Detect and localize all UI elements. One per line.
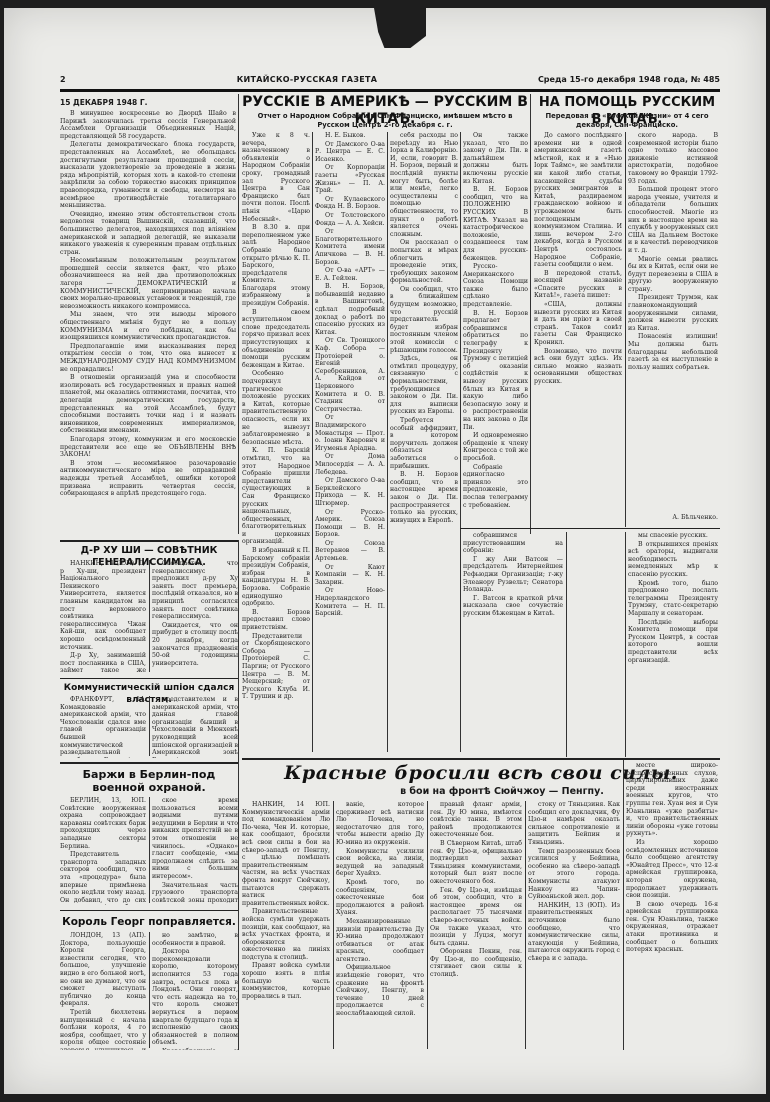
article-paragraph: От Русско-Америк. Союза Помощи — В. Н. Б… [315, 509, 385, 539]
article-paragraph: Возможно, что почти всѣ они будут здѣсь.… [534, 348, 622, 386]
article-paragraph: Н. Е. Быков. [315, 132, 385, 140]
article-paragraph: Президент Трумэн, как главнокомандующий … [628, 294, 718, 332]
subheadline-reds: в бои на фронтѣ Сюйчжоу — Пенгпу. [342, 786, 662, 797]
editorial-paragraph: Очевидно, именно этим обстоятельством ст… [60, 211, 236, 257]
page-number: 2 [60, 75, 84, 84]
torn-edge [374, 8, 426, 48]
newspaper-page: 2 КИТАЙСКО-РУССКАЯ ГАЗЕТА Среда 15-го де… [60, 70, 720, 1060]
editorial-dateline: 15 ДЕКАБРЯ 1948 Г. [60, 98, 236, 107]
article-paragraph: Понасенія излишни! Мы должны быть благод… [628, 333, 718, 371]
article-paragraph: В Сѣверном Китаѣ, штаб ген. Фу Цзо-и, оф… [430, 840, 522, 886]
article-paragraph: Требуется особый аффидэвит, в котором по… [390, 417, 458, 470]
article-paragraph: От Благотворительного Комитета имени Апи… [315, 228, 385, 266]
editorial-paragraph: Делегаты демократическаго блока государс… [60, 141, 236, 209]
article-paragraph: От Кулаевского Фонда Н. В. Борзов. [315, 196, 385, 211]
article-paragraph: ФРАНКФУРТ, 14. Командованіе американской… [60, 696, 146, 758]
column-divider [387, 132, 388, 752]
article-paragraph: Уже к 8 ч. вечера, назначенному в объявл… [242, 132, 310, 223]
article-paragraph: Послѣдніе выборы Комитета помощи при Рус… [628, 619, 718, 665]
article-paragraph: В передовой статьѣ, носящей названіе «Сп… [534, 270, 622, 300]
article-column: месте широко-распространенных слухов, ци… [626, 762, 718, 1050]
article-paragraph: Представитель транспорта западных сектор… [60, 851, 146, 905]
article-paragraph: ского народа. В современной исторіи было… [628, 132, 718, 185]
column-divider [623, 760, 624, 1050]
article-column: НАНКИН, 14 (ЮП). Д-р Ху-ши, президент На… [60, 560, 146, 675]
article-paragraph: Официальное извѣщеніе говорит, что сраже… [336, 964, 424, 1017]
article-paragraph: но замѣтно, в особенности в правой. [152, 932, 238, 947]
article-paragraph: От Дамского О-ва Р. Центра — Е. С. Исаен… [315, 141, 385, 164]
article-column: ЛОНДОН, 13 (АП). Доктора, пользующіе Кор… [60, 932, 146, 1050]
article-paragraph: Он сообщил, что в ближайшем будущем возм… [390, 286, 458, 354]
column-divider [427, 801, 428, 1049]
column-divider [149, 797, 150, 903]
article-paragraph: ЛОНДОН, 13 (АП). Доктора, пользующіе Кор… [60, 932, 146, 1008]
article-paragraph: От Св. Троицкого Каф. Собора — Протоіере… [315, 337, 385, 413]
editorial-paragraph: В отношеніи организацій ума и способност… [60, 374, 236, 435]
article-column: Уже к 8 ч. вечера, назначенному в объявл… [242, 132, 310, 762]
article-paragraph: Доктора порекомендовали королю, которому… [152, 948, 238, 1047]
article-column: До самого послѣдняго времени ни в одной … [534, 132, 622, 522]
article-paragraph: Он также указал, что по закону о Ди. Пи.… [463, 132, 528, 185]
article-paragraph: В. Н. Борзов сообщил, что на ПОЛОЖЕНІЮ Р… [463, 186, 528, 262]
article-paragraph: От Корпорацiи газеты «Русская Жизнь» — П… [315, 164, 385, 194]
article-paragraph: Г. Ватсон в краткой рѣчи высказала свое … [463, 595, 563, 618]
article-column: ФРАНКФУРТ, 14. Командованіе американской… [60, 696, 146, 758]
editorial-body: В минувшее воскресенье во Дворцѣ Шайо в … [60, 110, 236, 540]
article-paragraph: представителем и в американской арміи, ч… [152, 696, 238, 758]
section-rule [242, 758, 720, 760]
article-paragraph: В открывшихся преніях всѣ ораторы, выдви… [628, 541, 718, 579]
section-rule [60, 762, 238, 764]
article-paragraph: От Дамского О-ва Берклейского Прихода — … [315, 477, 385, 507]
article-paragraph: Кровообращеніе у короля продолжает улучш… [152, 1048, 238, 1050]
article-paragraph: Большой процент этого народа ученые, учи… [628, 186, 718, 254]
column-divider [149, 932, 150, 1048]
article-paragraph: НАНКИН, 13 (ЮП). Из правительственных ис… [528, 902, 620, 963]
headline-barges: Баржи в Берлин-под военной охраной. [64, 768, 234, 794]
subheadline-russians-in-america: Отчет о Народном Собраніи в Сан-Франциск… [256, 112, 514, 129]
section-rule [60, 678, 238, 679]
article-paragraph: В. Н. Борзов предлагает собравшимся обра… [463, 310, 528, 432]
column-divider [530, 94, 531, 534]
article-paragraph: В. Н. Борзов, побывавшій недавно в Вашин… [315, 283, 385, 336]
article-column: ское время пользоваться всеми водными пу… [152, 797, 238, 905]
article-paragraph: правый фланг арміи, ген. Ду Ю мина, имѣю… [430, 801, 522, 839]
article-paragraph: Темп разрозненных боев усилился у Бейпин… [528, 848, 620, 901]
article-paragraph: В 8.30 в. при переполненном уже залѣ Нар… [242, 224, 310, 308]
article-paragraph: Особенно подчеркнул трагическое положені… [242, 370, 310, 446]
article-paragraph: Сообщается, что генералиссимус предложил… [152, 560, 238, 621]
article-paragraph: От О-ва «АРТ» — Е. А. Гейлен. [315, 267, 385, 282]
article-paragraph: От Дома Милосердія — А. А. Лебедева. [315, 453, 385, 476]
article-paragraph: мы спасеніе русских. [628, 532, 718, 540]
article-paragraph: И одновременно обращеніе к члену Конгрес… [463, 432, 528, 462]
article-paragraph: Коммунисты усилили свои войска, на линіи… [336, 848, 424, 878]
column-divider [525, 801, 526, 1049]
article-paragraph: Механизированные дивизіи правительства Д… [336, 918, 424, 964]
masthead: 2 КИТАЙСКО-РУССКАЯ ГАЗЕТА Среда 15-го де… [60, 70, 720, 88]
article-paragraph: От Владимирского Монастыря — Прот. о. Іо… [315, 414, 385, 452]
editorial-paragraph: Предполагавшіе ими высказывания перед от… [60, 343, 236, 373]
column-divider [460, 132, 461, 752]
article-paragraph: Русско-Американского Союза Помощи также … [463, 263, 528, 309]
newspaper-title: КИТАЙСКО-РУССКАЯ ГАЗЕТА [84, 75, 530, 84]
section-rule [60, 540, 238, 542]
article-paragraph: Д-р Ху, занимавшій пост посланника в США… [60, 652, 146, 675]
article-paragraph: стоку от Тяньцзиня. Как сообщил его докл… [528, 801, 620, 847]
article-paragraph: Обороняя Пекин, ген. Фу Цзо-и, по сообще… [430, 948, 522, 978]
article-paragraph: Г жу Ани Ватсон — предсѣдатель Интернейш… [463, 556, 563, 594]
article-paragraph: От Союза Ветеранов — В. Артемьев. [315, 540, 385, 563]
article-paragraph: До самого послѣдняго времени ни в одной … [534, 132, 622, 269]
article-paragraph: От Кают Компаніи — К. Н. Захарин. [315, 564, 385, 587]
article-paragraph: От Ново-Нидерландского Комитета — Н. П. … [315, 587, 385, 617]
article-paragraph: В избранный к П. Барскому собраніи прези… [242, 547, 310, 608]
article-paragraph: Ожидается, что он прибудет в столицу пос… [152, 622, 238, 668]
article-paragraph: Кромѣ того, было предложено послать теле… [628, 580, 718, 618]
section-rule [60, 910, 238, 911]
article-paragraph: Ген. Фу Цзо-и, извѣщая об этом, сообщил,… [430, 887, 522, 948]
article-paragraph: ское время пользоваться всеми водными пу… [152, 797, 238, 881]
column-divider [238, 540, 239, 1050]
article-column: Н. Е. Быков. От Дамского О-ва Р. Центра … [315, 132, 385, 762]
article-paragraph: Собраніе единогласно приняло это предлож… [463, 464, 528, 510]
article-paragraph: Третій бюллетень выпущенный с начала бол… [60, 1009, 146, 1050]
column-divider [566, 532, 567, 757]
article-column: БЕРЛИН, 13, ЮП. Совѣтские вооруженная ох… [60, 797, 146, 905]
article-continuation: мы спасеніе русских. В открывшихся прені… [628, 532, 718, 757]
article-paragraph: НАНКИН, 14 (ЮП). Д-р Ху-ши, президент На… [60, 560, 146, 651]
editorial-paragraph: Несомнѣнным положительным результатом пр… [60, 257, 236, 310]
article-paragraph: В своем вступительном слове председатель… [242, 309, 310, 370]
article-column: правый фланг арміи, ген. Ду Ю мина, имѣю… [430, 801, 522, 1051]
article-paragraph: «США, должны вывезти русских из Китая и … [534, 301, 622, 347]
article-paragraph: Представители от Скорбященского Собора —… [242, 633, 310, 701]
article-paragraph: себя расходы по переѣзду из Нью Іорка в … [390, 132, 458, 238]
subheadline-help-russians: Передовая из «Русской Жизни» от 4 сего д… [538, 112, 716, 129]
column-divider [149, 696, 150, 756]
editorial-paragraph: В минувшее воскресенье во Дворцѣ Шайо в … [60, 110, 236, 140]
article-paragraph: ваніе, которое сдерживает всѣ натиски Лю… [336, 801, 424, 847]
article-paragraph: собравшимся присутствовавшим на собраніи… [463, 532, 563, 555]
column-divider [149, 560, 150, 672]
article-column: Сообщается, что генералиссимус предложил… [152, 560, 238, 675]
article-signature: А. Бѣльченко. [628, 514, 718, 524]
article-paragraph: Многіе семьи рвались бы их в Китаѣ, если… [628, 256, 718, 294]
column-divider [238, 94, 239, 534]
editorial-paragraph: Благодаря этому, коммунизм и его московс… [60, 436, 236, 459]
article-continuation: собравшимся присутствовавшим на собраніи… [463, 532, 563, 757]
article-column: ского народа. В современной исторіи было… [628, 132, 718, 512]
column-divider [333, 801, 334, 1049]
editorial-paragraph: Мы знаем, что эти выводы мірового общест… [60, 311, 236, 341]
article-paragraph: В. Борзов предоставил слово приветствіям… [242, 609, 310, 632]
article-paragraph: Здѣсь, он отмѣтил процедуру, связанную с… [390, 355, 458, 416]
column-divider [625, 532, 626, 757]
article-paragraph: В свою очередь 16-я армейская группировк… [626, 901, 718, 954]
article-paragraph: Кромѣ того, по сообщеніям, ожесточенные … [336, 879, 424, 917]
article-paragraph: Он рассказал о попытках и мѣрах облегчит… [390, 239, 458, 285]
section-rule [460, 528, 720, 529]
article-paragraph: НАНКИН, 14 ЮП. Коммунистическія арміи по… [242, 801, 330, 907]
article-column: ваніе, которое сдерживает всѣ натиски Лю… [336, 801, 424, 1051]
article-paragraph: От Толстовского Фонда — А. А. Хейси. [315, 212, 385, 227]
article-paragraph: Из хорошо освѣдомленных источников было … [626, 839, 718, 900]
article-column: себя расходы по переѣзду из Нью Іорка в … [390, 132, 458, 762]
column-divider [312, 132, 313, 752]
article-column: но замѣтно, в особенности в правой. Докт… [152, 932, 238, 1050]
column-divider [625, 132, 626, 527]
article-column: НАНКИН, 14 ЮП. Коммунистическія арміи по… [242, 801, 330, 1051]
article-paragraph: месте широко-распространенных слухов, ци… [626, 762, 718, 838]
article-paragraph: Правят войска сумѣли хорошо взять в плѣн… [242, 962, 330, 1000]
newspaper-sheet: 2 КИТАЙСКО-РУССКАЯ ГАЗЕТА Среда 15-го де… [4, 8, 766, 1094]
article-paragraph: БЕРЛИН, 13, ЮП. Совѣтские вооруженная ох… [60, 797, 146, 850]
article-paragraph: В. Н. Борзов сообщил, что в настоящее вр… [390, 471, 458, 524]
article-paragraph: Значительная часть грузового транспорта … [152, 882, 238, 905]
issue-date: Среда 15-го декабря 1948 года, № 485 [530, 75, 720, 84]
editorial-paragraph: В этом — несомнѣнное разочарованіе антик… [60, 460, 236, 498]
headline-king-george: Король Георг поправляется. [60, 916, 238, 929]
article-column: представителем и в американской арміи, ч… [152, 696, 238, 758]
article-paragraph: Правительственные войска сумѣли удержать… [242, 908, 330, 961]
masthead-rule [60, 89, 720, 92]
article-column: стоку от Тяньцзиня. Как сообщил его докл… [528, 801, 620, 1051]
article-paragraph: К. П. Барскій отмѣтил, что на этот Народ… [242, 447, 310, 546]
